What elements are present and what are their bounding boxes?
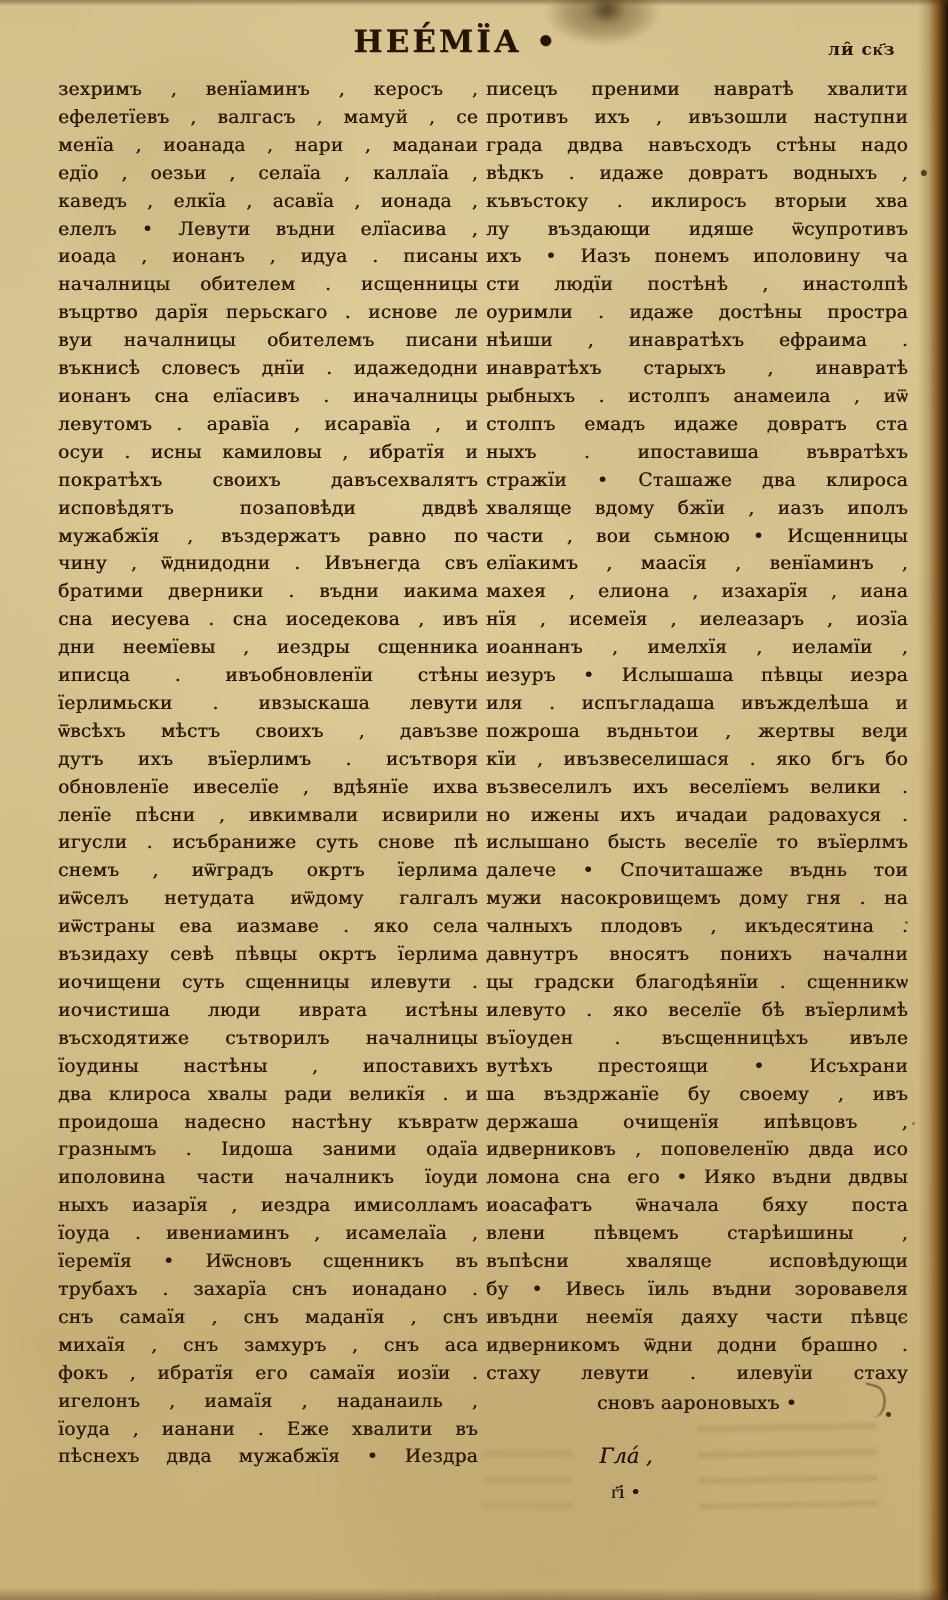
- text-line: рыбныхъ . истолпъ анамеила , иѿ: [486, 383, 908, 411]
- text-line: чалныхъ плодовъ , икъдесятина .: [486, 913, 908, 941]
- text-line: иѿстраны ева иазмаве . яко села: [58, 913, 478, 941]
- text-line: писецъ преними навратѣ хвалити: [486, 76, 908, 104]
- page-edge-bottom: [0, 1588, 948, 1600]
- text-line: противъ ихъ , ивъзошли наступни: [486, 104, 908, 132]
- text-line: въпѣсни хваляще исповѣдующи: [486, 1248, 908, 1276]
- column-end-line: сновъ аароновыхъ •: [486, 1390, 908, 1418]
- text-line: нѣиши , инавратѣхъ ефраима .: [486, 327, 908, 355]
- running-title: НЕЕ́МЇА •: [0, 24, 930, 60]
- text-line: иоасафатъ ѿначала бяху поста: [486, 1192, 908, 1220]
- text-line: левутомъ . аравїа , исаравїа , и: [58, 411, 478, 439]
- text-line: идверниковъ , поповеленїю двда исо: [486, 1136, 908, 1164]
- text-line: влени пѣвцемъ старѣишины ,: [486, 1220, 908, 1248]
- text-line: иоада , ионанъ , идуа . писаны: [58, 243, 478, 271]
- text-line: вѣдкъ . идаже довратъ водныхъ ,: [486, 160, 908, 188]
- text-line: ша въздржанїе бу своему , ивъ: [486, 1081, 908, 1109]
- text-line: началницы обителем . исщенницы: [58, 271, 478, 299]
- text-line: менїа , иоанада , нари , маданаи: [58, 132, 478, 160]
- text-line: мужабжїя , въздержатъ равно по: [58, 523, 478, 551]
- text-line: идверникомъ ѿдни додни брашно .: [486, 1332, 908, 1360]
- text-line: два клироса хвалы ради великїя . и: [58, 1081, 478, 1109]
- text-column-right: писецъ преними навратѣ хвалитипротивъ их…: [486, 76, 908, 1388]
- text-line: възидаху севѣ пѣвцы окртъ їерлима: [58, 941, 478, 969]
- text-line: стражїи • Сташаже два клироса: [486, 467, 908, 495]
- text-line: оуримли . идаже достѣны простра: [486, 299, 908, 327]
- text-line: ихъ • Иазъ понемъ иполовину ча: [486, 243, 908, 271]
- text-line: ионанъ сна елїасивъ . иначалницы: [58, 383, 478, 411]
- text-line: михаїя , снъ замхуръ , снъ аса: [58, 1332, 478, 1360]
- text-line: ефелетїевъ , валгасъ , мамуй , се: [58, 104, 478, 132]
- text-line: ломона сна его • Ияко въдни двдвы: [486, 1164, 908, 1192]
- text-line: иполовина части началникъ їоуди: [58, 1164, 478, 1192]
- text-line: иезуръ • Ислышаша пѣвцы иезра: [486, 662, 908, 690]
- text-line: вуи началницы обителемъ писани: [58, 327, 478, 355]
- text-line: лу въздающи идяше ѿсупротивъ: [486, 216, 908, 244]
- text-line: иочистиша люди иврата истѣны: [58, 997, 478, 1025]
- text-line: игусли . исъбраниже суть снове пѣ: [58, 829, 478, 857]
- text-line: но ижены ихъ ичадаи радовахуся .: [486, 802, 908, 830]
- text-line: чину , ѿднидодни . Ивънегда свъ: [58, 550, 478, 578]
- text-line: їоуда . ивениаминъ , исамелаїа ,: [58, 1220, 478, 1248]
- text-line: снъ самаїя , снъ маданїя , снъ: [58, 1304, 478, 1332]
- ink-speck: [866, 286, 869, 289]
- text-line: зехримъ , венїаминъ , керосъ ,: [58, 76, 478, 104]
- text-line: трубахъ . захарїа снъ ионадано .: [58, 1276, 478, 1304]
- text-line: столпъ емадъ идаже довратъ ста: [486, 411, 908, 439]
- page-edge-top: [0, 0, 948, 6]
- text-line: елїакимъ , маасїя , венїаминъ ,: [486, 550, 908, 578]
- text-line: бу • Ивесь їиль въдни зоровавеля: [486, 1276, 908, 1304]
- text-line: сна иесуева . сна иоседекова , ивъ: [58, 606, 478, 634]
- text-line: исповѣдятъ позаповѣди двдвѣ: [58, 495, 478, 523]
- text-line: братими дверники . въдни иакима: [58, 578, 478, 606]
- text-line: елелъ • Левути въдни елїасива ,: [58, 216, 478, 244]
- text-line: махея , елиона , изахарїя , иана: [486, 578, 908, 606]
- text-line: иоаннанъ , имелхїя , иеламїи ,: [486, 634, 908, 662]
- text-line: давнутръ вносятъ понихъ начални: [486, 941, 908, 969]
- book-page: НЕЕ́МЇА • ли̑ ск҃з зехримъ , венїаминъ ,…: [0, 0, 948, 1600]
- text-line: дни неемїевы , иездры сщенника: [58, 634, 478, 662]
- text-line: вутѣхъ престоящи • Исъхрани: [486, 1053, 908, 1081]
- text-line: проидоша надесно настѣну къвратѡ: [58, 1109, 478, 1137]
- text-line: части , вои сьмною • Исщенницы: [486, 523, 908, 551]
- ink-speck: [912, 1122, 915, 1125]
- text-line: кїи , ивъзвеселишася . яко бгъ бо: [486, 746, 908, 774]
- text-line: въцртво дарїя перьскаго . иснове ле: [58, 299, 478, 327]
- ink-speck: [905, 921, 908, 924]
- text-line: въсходятиже сътворилъ началницы: [58, 1025, 478, 1053]
- text-line: иписца . ивъобновленїи стѣны: [58, 662, 478, 690]
- text-line: въїоуден . въсщенницѣхъ ивъле: [486, 1025, 908, 1053]
- text-line: держаша очищенїя ипѣвцовъ ,: [486, 1109, 908, 1137]
- text-line: стаху левути . илевуїи стаху: [486, 1360, 908, 1388]
- ink-speck: [920, 169, 928, 177]
- text-line: иѿселъ нетудата иѿдому галгалъ: [58, 885, 478, 913]
- text-line: пожроша въдньтои , жертвы вели: [486, 718, 908, 746]
- text-line: сти людїи постѣнѣ , инастолпѣ: [486, 271, 908, 299]
- text-line: фокъ , ибратїя его самаїя иозїи .: [58, 1360, 478, 1388]
- text-line: ныхъ . ипоставиша въвратѣхъ: [486, 439, 908, 467]
- text-line: въкнисѣ словесъ днїи . идажедодни: [58, 355, 478, 383]
- text-line: каведъ , елкїа , асавїа , ионада ,: [58, 188, 478, 216]
- text-line: ѿвсѣхъ мѣстъ своихъ , давъзве: [58, 718, 478, 746]
- page-edge-right: [918, 0, 948, 1600]
- text-line: иочищени суть сщенницы илевути .: [58, 969, 478, 997]
- text-line: цы градски благодѣянїи . сщенникѡ: [486, 969, 908, 997]
- folio-number: ли̑ ск҃з: [828, 40, 918, 60]
- ink-speck: [886, 1412, 891, 1417]
- text-line: їоудины настѣны , ипоставихъ: [58, 1053, 478, 1081]
- text-line: града двдва навъсходъ стѣны надо: [486, 132, 908, 160]
- text-line: їерлимьски . ивзыскаша левути: [58, 690, 478, 718]
- text-line: пѣснехъ двда мужабжїя • Иездра: [58, 1443, 478, 1471]
- text-line: нїя , исемеїя , иелеазаръ , иозїа: [486, 606, 908, 634]
- text-line: инавратѣхъ старыхъ , инавратѣ: [486, 355, 908, 383]
- text-line: илевуто . яко веселїе бѣ въїерлимѣ: [486, 997, 908, 1025]
- text-line: обновленїе ивеселїе , вдѣянїе ихва: [58, 774, 478, 802]
- text-line: възвеселилъ ихъ веселїемъ велики .: [486, 774, 908, 802]
- text-line: осуи . исны камиловы , ибратїя и: [58, 439, 478, 467]
- text-line: дутъ ихъ въїерлимъ . исътворя: [58, 746, 478, 774]
- text-line: къвъстоку . иклиросъ вторыи хва: [486, 188, 908, 216]
- text-line: ислышано бысть веселїе то въїерлмъ: [486, 829, 908, 857]
- text-line: їоуда , ианани . Еже хвалити въ: [58, 1416, 478, 1444]
- text-line: едїо , оезьи , селаїа , каллаїа ,: [58, 160, 478, 188]
- text-line: снемъ , иѿградъ окртъ їерлима: [58, 857, 478, 885]
- text-line: мужи насокровищемъ дому гня . на: [486, 885, 908, 913]
- text-line: їеремїя • Иѿсновъ сщенникъ въ: [58, 1248, 478, 1276]
- text-line: пократѣхъ своихъ давъсехвалятъ: [58, 467, 478, 495]
- text-line: игелонъ , иамаїя , наданаиль ,: [58, 1388, 478, 1416]
- chapter-number: г҃і •: [486, 1482, 766, 1503]
- ink-speck: [891, 737, 896, 742]
- text-line: ныхъ иазарїя , иездра имисолламъ: [58, 1192, 478, 1220]
- text-line: далече • Спочиташаже въднь тои: [486, 857, 908, 885]
- text-column-left: зехримъ , венїаминъ , керосъ ,ефелетїевъ…: [58, 76, 478, 1471]
- text-line: гразнымъ . Іидоша заними одаїа: [58, 1136, 478, 1164]
- text-line: хваляще вдому бжїи , иазъ иполъ: [486, 495, 908, 523]
- text-line: ленїе пѣсни , ивкимвали исвирили: [58, 802, 478, 830]
- text-line: ивъдни неемїя даяху части пѣвцє: [486, 1304, 908, 1332]
- catchword: Гла́ ,: [486, 1444, 766, 1468]
- text-line: иля . испъгладаша ивъжделѣша и: [486, 690, 908, 718]
